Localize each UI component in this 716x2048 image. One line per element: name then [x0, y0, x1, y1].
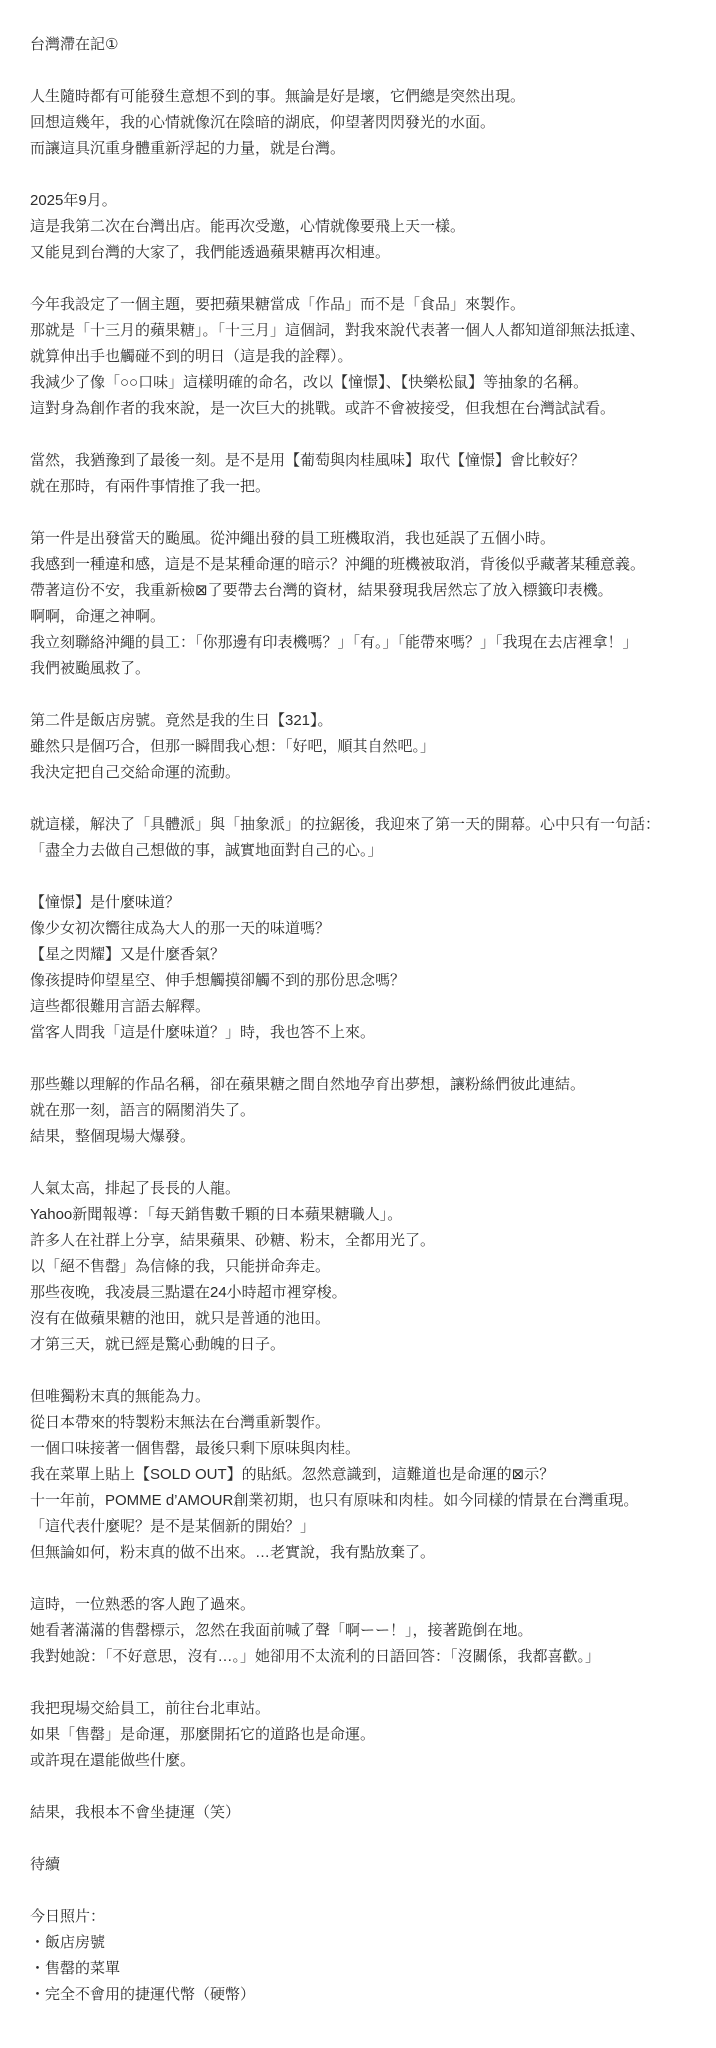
- text-line: 我決定把自己交給命運的流動。: [30, 764, 240, 781]
- paragraph: 就這樣，解決了「具體派」與「抽象派」的拉鋸後，我迎來了第一天的開幕。心中只有一句…: [30, 812, 704, 864]
- text-line: 「這代表什麼呢？是不是某個新的開始？」: [30, 1518, 315, 1535]
- article: 台灣滯在記① 人生隨時都有可能發生意想不到的事。無論是好是壞，它們總是突然出現。…: [0, 0, 716, 2048]
- text-line: 我們被颱風救了。: [30, 660, 150, 677]
- text-line: 十一年前，POMME d’AMOUR創業初期，也只有原味和肉桂。如今同樣的情景在…: [30, 1492, 638, 1509]
- text-line: 就算伸出手也觸碰不到的明日（這是我的詮釋）。: [30, 348, 353, 365]
- text-line: 像少女初次嚮往成為大人的那一天的味道嗎？: [30, 920, 330, 937]
- text-line: 人生隨時都有可能發生意想不到的事。無論是好是壞，它們總是突然出現。: [30, 88, 525, 105]
- paragraph: 第二件是飯店房號。竟然是我的生日【321】。雖然只是個巧合，但那一瞬間我心想：「…: [30, 708, 704, 786]
- text-line: 才第三天，就已經是驚心動魄的日子。: [30, 1336, 285, 1353]
- text-line: 雖然只是個巧合，但那一瞬間我心想：「好吧，順其自然吧。」: [30, 738, 435, 755]
- text-line: ・售罄的菜單: [30, 1960, 120, 1977]
- paragraph: 2025年9月。這是我第二次在台灣出店。能再次受邀，心情就像要飛上天一樣。又能見…: [30, 188, 704, 266]
- article-body: 人生隨時都有可能發生意想不到的事。無論是好是壞，它們總是突然出現。回想這幾年，我…: [30, 84, 704, 2008]
- text-line: 我在菜單上貼上【SOLD OUT】的貼紙。忽然意識到，這難道也是命運的⊠示？: [30, 1466, 554, 1483]
- text-line: 今日照片：: [30, 1908, 105, 1925]
- text-line: 第一件是出發當天的颱風。從沖繩出發的員工班機取消，我也延誤了五個小時。: [30, 530, 555, 547]
- text-line: 結果，我根本不會坐捷運（笑）: [30, 1804, 240, 1821]
- text-line: ・完全不會用的捷運代幣（硬幣）: [30, 1986, 255, 2003]
- text-line: 這時，一位熟悉的客人跑了過來。: [30, 1596, 255, 1613]
- paragraph: 當然，我猶豫到了最後一刻。是不是用【葡萄與肉桂風味】取代【憧憬】會比較好？就在那…: [30, 448, 704, 500]
- text-line: 我減少了像「○○口味」這樣明確的命名，改以【憧憬】、【快樂松鼠】等抽象的名稱。: [30, 374, 588, 391]
- text-line: 帶著這份不安，我重新檢⊠了要帶去台灣的資材，結果發現我居然忘了放入標籤印表機。: [30, 582, 613, 599]
- text-line: 就這樣，解決了「具體派」與「抽象派」的拉鋸後，我迎來了第一天的開幕。心中只有一句…: [30, 816, 660, 833]
- paragraph: 第一件是出發當天的颱風。從沖繩出發的員工班機取消，我也延誤了五個小時。我感到一種…: [30, 526, 704, 682]
- text-line: 但唯獨粉末真的無能為力。: [30, 1388, 210, 1405]
- text-line: 今年我設定了一個主題，要把蘋果糖當成「作品」而不是「食品」來製作。: [30, 296, 525, 313]
- text-line: 我感到一種違和感，這是不是某種命運的暗示？沖繩的班機被取消，背後似乎藏著某種意義…: [30, 556, 645, 573]
- text-line: 我對她說：「不好意思，沒有…。」她卻用不太流利的日語回答：「沒關係，我都喜歡。」: [30, 1648, 600, 1665]
- text-line: 許多人在社群上分享，結果蘋果、砂糖、粉末，全都用光了。: [30, 1232, 435, 1249]
- text-line: 當然，我猶豫到了最後一刻。是不是用【葡萄與肉桂風味】取代【憧憬】會比較好？: [30, 452, 585, 469]
- text-line: 而讓這具沉重身體重新浮起的力量，就是台灣。: [30, 140, 345, 157]
- paragraph: 我把現場交給員工，前往台北車站。如果「售罄」是命運，那麼開拓它的道路也是命運。或…: [30, 1696, 704, 1774]
- text-line: Yahoo新聞報導：「每天銷售數千顆的日本蘋果糖職人」。: [30, 1206, 402, 1223]
- article-title: 台灣滯在記①: [30, 32, 704, 58]
- text-line: 第二件是飯店房號。竟然是我的生日【321】。: [30, 712, 333, 729]
- text-line: 【憧憬】是什麼味道？: [30, 894, 180, 911]
- text-line: 如果「售罄」是命運，那麼開拓它的道路也是命運。: [30, 1726, 375, 1743]
- text-line: 回想這幾年，我的心情就像沉在陰暗的湖底，仰望著閃閃發光的水面。: [30, 114, 495, 131]
- text-line: 就在那一刻，語言的隔閡消失了。: [30, 1102, 255, 1119]
- text-line: 【星之閃耀】又是什麼香氣？: [30, 946, 225, 963]
- text-line: 那些難以理解的作品名稱，卻在蘋果糖之間自然地孕育出夢想，讓粉絲們彼此連結。: [30, 1076, 585, 1093]
- paragraph: 這時，一位熟悉的客人跑了過來。她看著滿滿的售罄標示，忽然在我面前喊了聲「啊ーー！…: [30, 1592, 704, 1670]
- paragraph: 但唯獨粉末真的無能為力。從日本帶來的特製粉末無法在台灣重新製作。一個口味接著一個…: [30, 1384, 704, 1566]
- text-line: 這是我第二次在台灣出店。能再次受邀，心情就像要飛上天一樣。: [30, 218, 465, 235]
- text-line: 我立刻聯絡沖繩的員工：「你那邊有印表機嗎？」「有。」「能帶來嗎？」「我現在去店裡…: [30, 634, 638, 651]
- text-line: 從日本帶來的特製粉末無法在台灣重新製作。: [30, 1414, 330, 1431]
- text-line: ・飯店房號: [30, 1934, 105, 1951]
- text-line: 一個口味接著一個售罄，最後只剩下原味與肉桂。: [30, 1440, 360, 1457]
- paragraph: 人生隨時都有可能發生意想不到的事。無論是好是壞，它們總是突然出現。回想這幾年，我…: [30, 84, 704, 162]
- text-line: 又能見到台灣的大家了，我們能透過蘋果糖再次相連。: [30, 244, 390, 261]
- text-line: 我把現場交給員工，前往台北車站。: [30, 1700, 270, 1717]
- paragraph: 【憧憬】是什麼味道？像少女初次嚮往成為大人的那一天的味道嗎？【星之閃耀】又是什麼…: [30, 890, 704, 1046]
- text-line: 結果，整個現場大爆發。: [30, 1128, 195, 1145]
- text-line: 沒有在做蘋果糖的池田，就只是普通的池田。: [30, 1310, 330, 1327]
- paragraph: 人氣太高，排起了長長的人龍。Yahoo新聞報導：「每天銷售數千顆的日本蘋果糖職人…: [30, 1176, 704, 1358]
- text-line: 但無論如何，粉末真的做不出來。…老實說，我有點放棄了。: [30, 1544, 435, 1561]
- text-line: 人氣太高，排起了長長的人龍。: [30, 1180, 240, 1197]
- text-line: 或許現在還能做些什麼。: [30, 1752, 195, 1769]
- text-line: 以「絕不售罄」為信條的我，只能拼命奔走。: [30, 1258, 330, 1275]
- text-line: 像孩提時仰望星空、伸手想觸摸卻觸不到的那份思念嗎？: [30, 972, 405, 989]
- text-line: 那就是「十三月的蘋果糖」。「十三月」這個詞，對我來說代表著一個人人都知道卻無法抵…: [30, 322, 645, 339]
- text-line: 那些夜晚，我凌晨三點還在24小時超市裡穿梭。: [30, 1284, 347, 1301]
- paragraph: 結果，我根本不會坐捷運（笑）: [30, 1800, 704, 1826]
- text-line: 待續: [30, 1856, 60, 1873]
- text-line: 2025年9月。: [30, 192, 117, 209]
- text-line: 當客人問我「這是什麼味道？」時，我也答不上來。: [30, 1024, 375, 1041]
- paragraph: 今年我設定了一個主題，要把蘋果糖當成「作品」而不是「食品」來製作。那就是「十三月…: [30, 292, 704, 422]
- text-line: 這些都很難用言語去解釋。: [30, 998, 210, 1015]
- text-line: 「盡全力去做自己想做的事，誠實地面對自己的心。」: [30, 842, 383, 859]
- text-line: 這對身為創作者的我來說，是一次巨大的挑戰。或許不會被接受，但我想在台灣試試看。: [30, 400, 615, 417]
- paragraph: 待續: [30, 1852, 704, 1878]
- paragraph: 那些難以理解的作品名稱，卻在蘋果糖之間自然地孕育出夢想，讓粉絲們彼此連結。就在那…: [30, 1072, 704, 1150]
- paragraph: 今日照片：・飯店房號・售罄的菜單・完全不會用的捷運代幣（硬幣）: [30, 1904, 704, 2008]
- text-line: 她看著滿滿的售罄標示，忽然在我面前喊了聲「啊ーー！」，接著跪倒在地。: [30, 1622, 533, 1639]
- text-line: 啊啊，命運之神啊。: [30, 608, 165, 625]
- text-line: 就在那時，有兩件事情推了我一把。: [30, 478, 270, 495]
